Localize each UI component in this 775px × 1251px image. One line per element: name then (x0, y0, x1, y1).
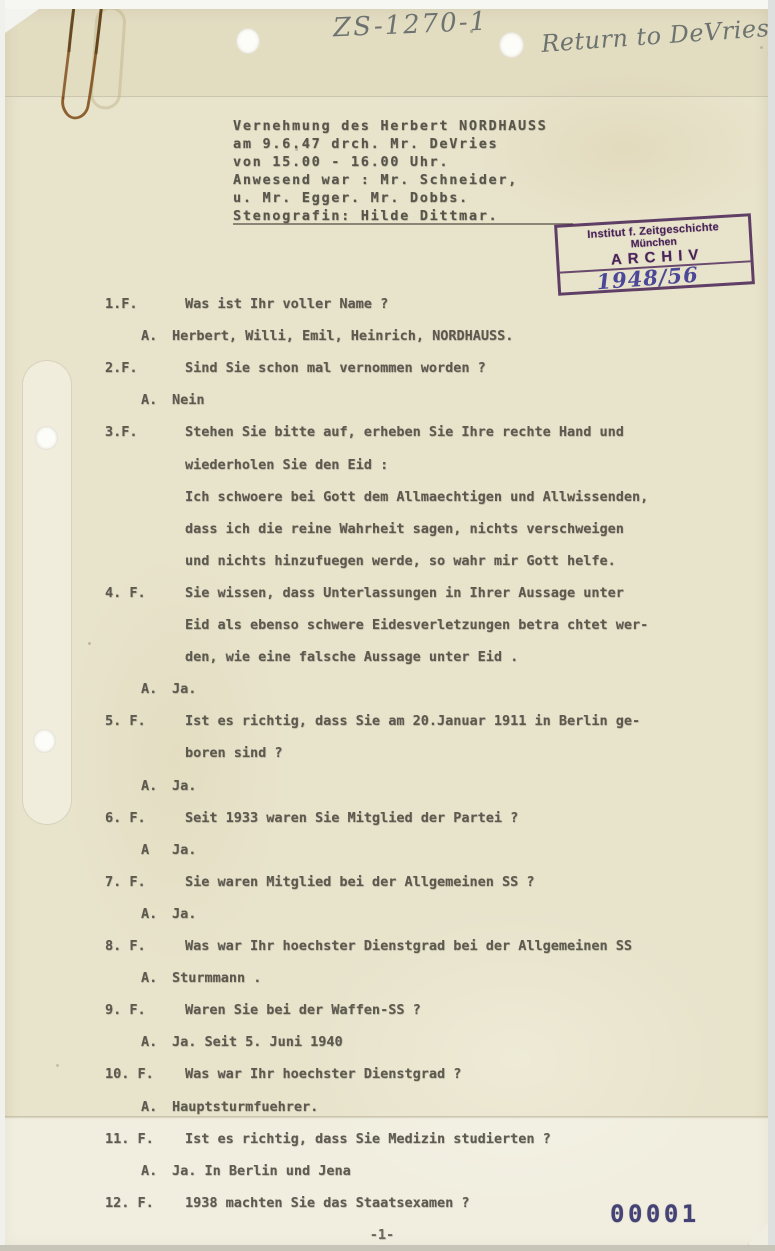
answer-text: Ja. Seit 5. Juni 1940 (172, 1034, 343, 1050)
qa-row: dass ich die reine Wahrheit sagen, nicht… (0, 521, 775, 543)
question-text: Sie wissen, dass Unterlassungen in Ihrer… (185, 585, 624, 601)
qa-row: A.Ja. (0, 681, 775, 703)
scan-edge-right (768, 0, 775, 1251)
question-text: Was war Ihr hoechster Dienstgrad bei der… (185, 938, 632, 954)
answer-label: A. (141, 970, 157, 986)
qa-row: und nichts hinzufuegen werde, so wahr mi… (0, 553, 775, 575)
question-number: 4. F. (105, 585, 146, 601)
answer-text: Hauptsturmfuehrer. (172, 1099, 318, 1115)
question-text: Was ist Ihr voller Name ? (185, 296, 388, 312)
qa-row: 3.F.Stehen Sie bitte auf, erheben Sie Ih… (0, 424, 775, 446)
question-number: 8. F. (105, 938, 146, 954)
question-number: 7. F. (105, 874, 146, 890)
question-text: Ist es richtig, dass Sie Medizin studier… (185, 1131, 551, 1147)
qa-row: 8. F.Was war Ihr hoechster Dienstgrad be… (0, 938, 775, 960)
scan-edge-left (0, 0, 5, 1251)
answer-text: Ja. (172, 681, 196, 697)
archive-page-stamp-number: 00001 (610, 1200, 700, 1228)
question-text: Sie waren Mitglied bei der Allgemeinen S… (185, 874, 535, 890)
qa-row: boren sind ? (0, 745, 775, 767)
question-text: Waren Sie bei der Waffen-SS ? (185, 1002, 421, 1018)
answer-label: A. (141, 1163, 157, 1179)
qa-row: Eid als ebenso schwere Eidesverletzungen… (0, 617, 775, 639)
question-text: Sind Sie schon mal vernommen worden ? (185, 360, 486, 376)
answer-text: Ja. (172, 778, 196, 794)
qa-row: 5. F.Ist es richtig, dass Sie am 20.Janu… (0, 713, 775, 735)
qa-row: A.Hauptsturmfuehrer. (0, 1099, 775, 1121)
qa-row: 10. F.Was war Ihr hoechster Dienstgrad ? (0, 1066, 775, 1088)
question-text: wiederholen Sie den Eid : (185, 457, 388, 473)
question-number: 12. F. (105, 1195, 154, 1211)
question-number: 5. F. (105, 713, 146, 729)
question-text: boren sind ? (185, 745, 283, 761)
question-text: Stehen Sie bitte auf, erheben Sie Ihre r… (185, 424, 624, 440)
answer-label: A. (141, 392, 157, 408)
answer-label: A. (141, 778, 157, 794)
question-text: 1938 machten Sie das Staatsexamen ? (185, 1195, 469, 1211)
answer-text: Sturmmann . (172, 970, 261, 986)
qa-row: Ich schwoere bei Gott dem Allmaechtigen … (0, 489, 775, 511)
qa-transcript: 1.F.Was ist Ihr voller Name ?A.Herbert, … (0, 0, 775, 1251)
answer-text: Nein (172, 392, 205, 408)
answer-text: Ja. (172, 842, 196, 858)
page-number: -1- (352, 1227, 412, 1243)
answer-label: A. (141, 681, 157, 697)
scan-edge-bottom (0, 1245, 775, 1251)
qa-row: 6. F.Seit 1933 waren Sie Mitglied der Pa… (0, 810, 775, 832)
qa-row: A.Ja. In Berlin und Jena (0, 1163, 775, 1185)
qa-row: A.Sturmmann . (0, 970, 775, 992)
qa-row: AJa. (0, 842, 775, 864)
qa-row: A.Ja. (0, 906, 775, 928)
qa-row: wiederholen Sie den Eid : (0, 457, 775, 479)
answer-label: A. (141, 328, 157, 344)
question-text: Was war Ihr hoechster Dienstgrad ? (185, 1066, 461, 1082)
answer-label: A. (141, 1034, 157, 1050)
answer-text: Herbert, Willi, Emil, Heinrich, NORDHAUS… (172, 328, 513, 344)
answer-label: A. (141, 906, 157, 922)
question-text: Ich schwoere bei Gott dem Allmaechtigen … (185, 489, 648, 505)
qa-row: 1.F.Was ist Ihr voller Name ? (0, 296, 775, 318)
qa-row: A.Ja. Seit 5. Juni 1940 (0, 1034, 775, 1056)
question-number: 9. F. (105, 1002, 146, 1018)
qa-row: A.Herbert, Willi, Emil, Heinrich, NORDHA… (0, 328, 775, 350)
answer-text: Ja. In Berlin und Jena (172, 1163, 351, 1179)
qa-row: A.Ja. (0, 778, 775, 800)
question-number: 1.F. (105, 296, 138, 312)
question-number: 10. F. (105, 1066, 154, 1082)
answer-label: A (141, 842, 149, 858)
question-number: 3.F. (105, 424, 138, 440)
qa-row: A.Nein (0, 392, 775, 414)
question-text: dass ich die reine Wahrheit sagen, nicht… (185, 521, 624, 537)
qa-row: 11. F.Ist es richtig, dass Sie Medizin s… (0, 1131, 775, 1153)
qa-row: 4. F.Sie wissen, dass Unterlassungen in … (0, 585, 775, 607)
qa-row: 2.F.Sind Sie schon mal vernommen worden … (0, 360, 775, 382)
qa-row: 7. F.Sie waren Mitglied bei der Allgemei… (0, 874, 775, 896)
question-number: 11. F. (105, 1131, 154, 1147)
question-number: 2.F. (105, 360, 138, 376)
question-text: den, wie eine falsche Aussage unter Eid … (185, 649, 518, 665)
question-text: Seit 1933 waren Sie Mitglied der Partei … (185, 810, 518, 826)
question-text: Eid als ebenso schwere Eidesverletzungen… (185, 617, 648, 633)
qa-row: den, wie eine falsche Aussage unter Eid … (0, 649, 775, 671)
scan-edge-top (0, 0, 775, 9)
answer-text: Ja. (172, 906, 196, 922)
answer-label: A. (141, 1099, 157, 1115)
scanned-document-page: { "colors": { "paper": "#e8e3cb", "typew… (0, 0, 775, 1251)
question-text: Ist es richtig, dass Sie am 20.Januar 19… (185, 713, 640, 729)
question-number: 6. F. (105, 810, 146, 826)
question-text: und nichts hinzufuegen werde, so wahr mi… (185, 553, 616, 569)
qa-row: 9. F.Waren Sie bei der Waffen-SS ? (0, 1002, 775, 1024)
